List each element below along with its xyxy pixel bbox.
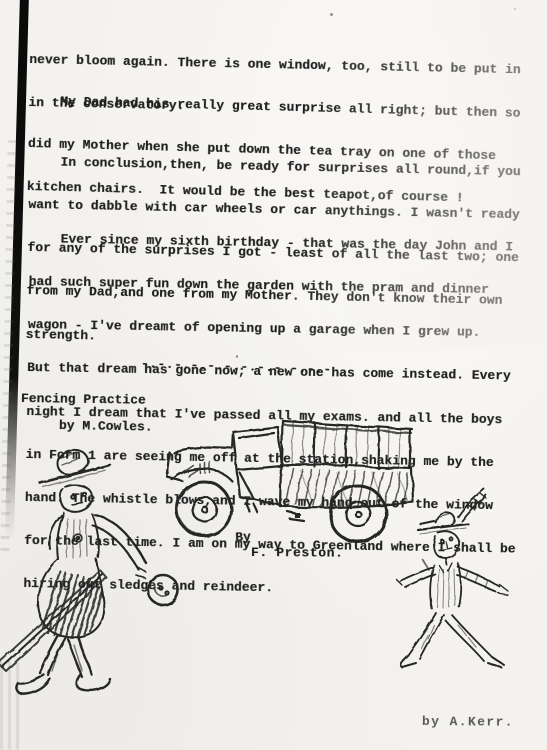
fencer-drawing — [0, 437, 185, 707]
figure-artist-credit: by A.Kerr. — [422, 715, 514, 730]
scanned-magazine-page: never bloom again. There is one window, … — [0, 0, 547, 750]
truck-artist-credit: F. Preston. — [251, 546, 344, 561]
fencing-practice-byline: by M.Cowles. — [59, 419, 153, 435]
ink-speck — [514, 8, 516, 10]
text-line: had such super fun down the garden with … — [28, 275, 520, 298]
truck-caption-by: By — [235, 530, 251, 545]
opponent-figure-drawing — [392, 477, 527, 687]
text-line: My Dad had his really great surprise all… — [29, 94, 521, 121]
ink-speck — [330, 13, 333, 16]
text-line: Ever since my sixth birthday - that was … — [29, 232, 521, 255]
text-line: In conclusion,then, be ready for surpris… — [29, 155, 521, 180]
text-line: wagon - I've dreamt of opening up a gara… — [28, 318, 520, 341]
fencing-practice-title: Fencing Practice — [21, 392, 146, 408]
